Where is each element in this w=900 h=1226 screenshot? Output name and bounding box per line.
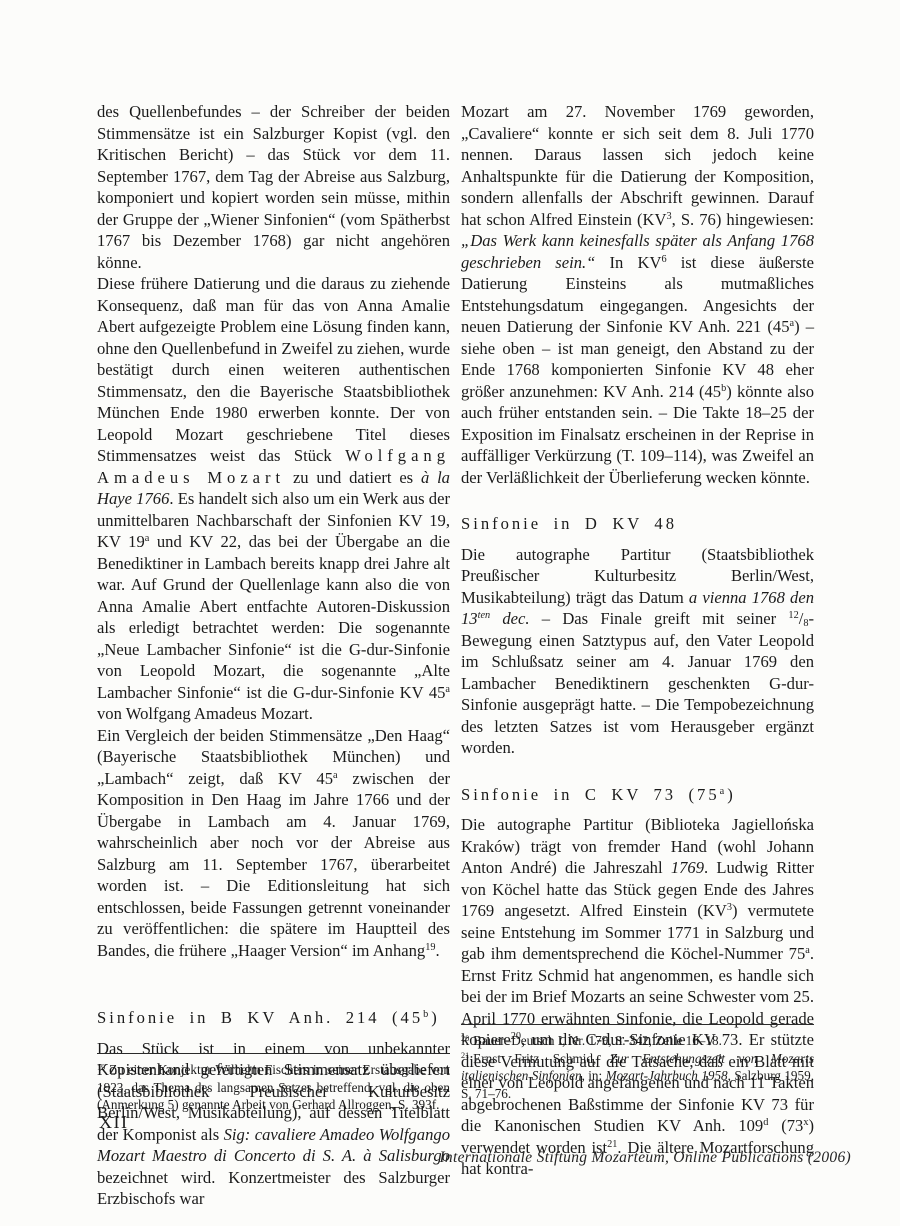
- text-segment: Sinfonie in B KV Anh. 214 (45: [97, 1008, 423, 1027]
- footer-credit: Internationale Stiftung Mozarteum, Onlin…: [439, 1149, 851, 1167]
- text-segment: ): [727, 785, 736, 804]
- paragraph: Mozart am 27. November 1769 geworden, „C…: [461, 101, 814, 488]
- text-segment: b: [721, 383, 726, 394]
- text-segment: a: [790, 318, 795, 329]
- footnote: 21Ernst Fritz Schmid, Zur Entstehungszei…: [461, 1050, 814, 1103]
- text-segment: 8: [803, 618, 808, 629]
- text-segment: von Wolfgang Amadeus Mozart.: [97, 704, 313, 723]
- text-segment: x: [803, 1117, 808, 1128]
- text-segment: Mozart-Jahrbuch 1958: [606, 1068, 728, 1083]
- right-footnote-block: 20Bauer–Deutsch I, Nr. 179, S. 342, Zeil…: [461, 1024, 814, 1102]
- text-segment: a: [445, 684, 450, 695]
- paragraph: des Quellenbefundes – der Schreiber der …: [97, 101, 450, 273]
- right-column: Mozart am 27. November 1769 geworden, „C…: [461, 101, 814, 1180]
- text-segment: In KV: [595, 253, 661, 272]
- footnote-marker: 20: [461, 1034, 469, 1043]
- text-segment: d: [763, 1117, 768, 1128]
- left-footnote-block: 19Zu einer Konjektur Wilhelm Fischers in…: [97, 1053, 450, 1114]
- text-segment: a: [145, 533, 150, 544]
- text-segment: 19: [425, 942, 435, 953]
- footnote: 20Bauer–Deutsch I, Nr. 179, S. 342, Zeil…: [461, 1032, 814, 1050]
- text-segment: (73: [768, 1116, 803, 1135]
- text-segment: , in:: [582, 1068, 606, 1083]
- document-page: des Quellenbefundes – der Schreiber der …: [0, 0, 900, 1226]
- text-segment: des Quellenbefundes – der Schreiber der …: [97, 102, 450, 272]
- paragraph: Ein Vergleich der beiden Stimmensätze „D…: [97, 725, 450, 962]
- paragraph: Die autographe Partitur (Staatsbibliothe…: [461, 544, 814, 759]
- text-segment: a: [333, 770, 338, 781]
- footnote: 19Zu einer Konjektur Wilhelm Fischers in…: [97, 1061, 450, 1114]
- text-segment: b: [423, 1009, 431, 1020]
- text-segment: Sinfonie in C KV 73 (75: [461, 785, 720, 804]
- footnote-marker: 21: [461, 1051, 469, 1060]
- text-segment: a: [720, 786, 728, 797]
- text-segment: 1769: [671, 858, 704, 877]
- text-segment: .: [436, 941, 440, 960]
- text-segment: Sinfonie in D KV 48: [461, 514, 677, 533]
- paragraph: Diese frühere Datierung und die daraus z…: [97, 273, 450, 725]
- text-segment: ): [431, 1008, 440, 1027]
- text-segment: 3: [666, 211, 671, 222]
- paragraph: Die autographe Partitur (Biblioteka Jagi…: [461, 814, 814, 1180]
- section-heading: Sinfonie in C KV 73 (75a): [461, 784, 814, 806]
- text-segment: zwischen der Komposition in Den Haag im …: [97, 769, 450, 960]
- text-segment: Bauer–Deutsch I, Nr. 179, S. 342, Zeile …: [473, 1033, 722, 1048]
- text-segment: – Das Finale greift mit seiner: [530, 609, 789, 628]
- text-segment: Zu einer Konjektur Wilhelm Fischers in s…: [97, 1062, 450, 1112]
- text-segment: , S. 76) hingewiesen:: [672, 210, 814, 229]
- text-segment: zu und datiert es: [285, 468, 421, 487]
- left-column: des Quellenbefundes – der Schreiber der …: [97, 101, 450, 1210]
- text-segment: -Bewegung einen Satztypus auf, den Vater…: [461, 609, 814, 757]
- page-number: XII: [99, 1112, 129, 1133]
- text-segment: bezeichnet wird. Konzertmeister des Salz…: [97, 1168, 450, 1209]
- text-segment: a: [805, 945, 810, 956]
- section-heading: Sinfonie in D KV 48: [461, 513, 814, 535]
- text-segment: und KV 22, das bei der Übergabe an die B…: [97, 532, 450, 702]
- text-segment: Ernst Fritz Schmid,: [473, 1051, 610, 1066]
- text-segment: 12: [788, 610, 798, 621]
- text-segment: 6: [661, 254, 666, 265]
- text-segment: 3: [727, 902, 732, 913]
- text-segment: dec.: [490, 609, 529, 628]
- footnote-marker: 19: [97, 1063, 105, 1072]
- section-heading: Sinfonie in B KV Anh. 214 (45b): [97, 1007, 450, 1029]
- text-segment: Diese frühere Datierung und die daraus z…: [97, 274, 450, 465]
- text-segment: ten: [478, 610, 491, 621]
